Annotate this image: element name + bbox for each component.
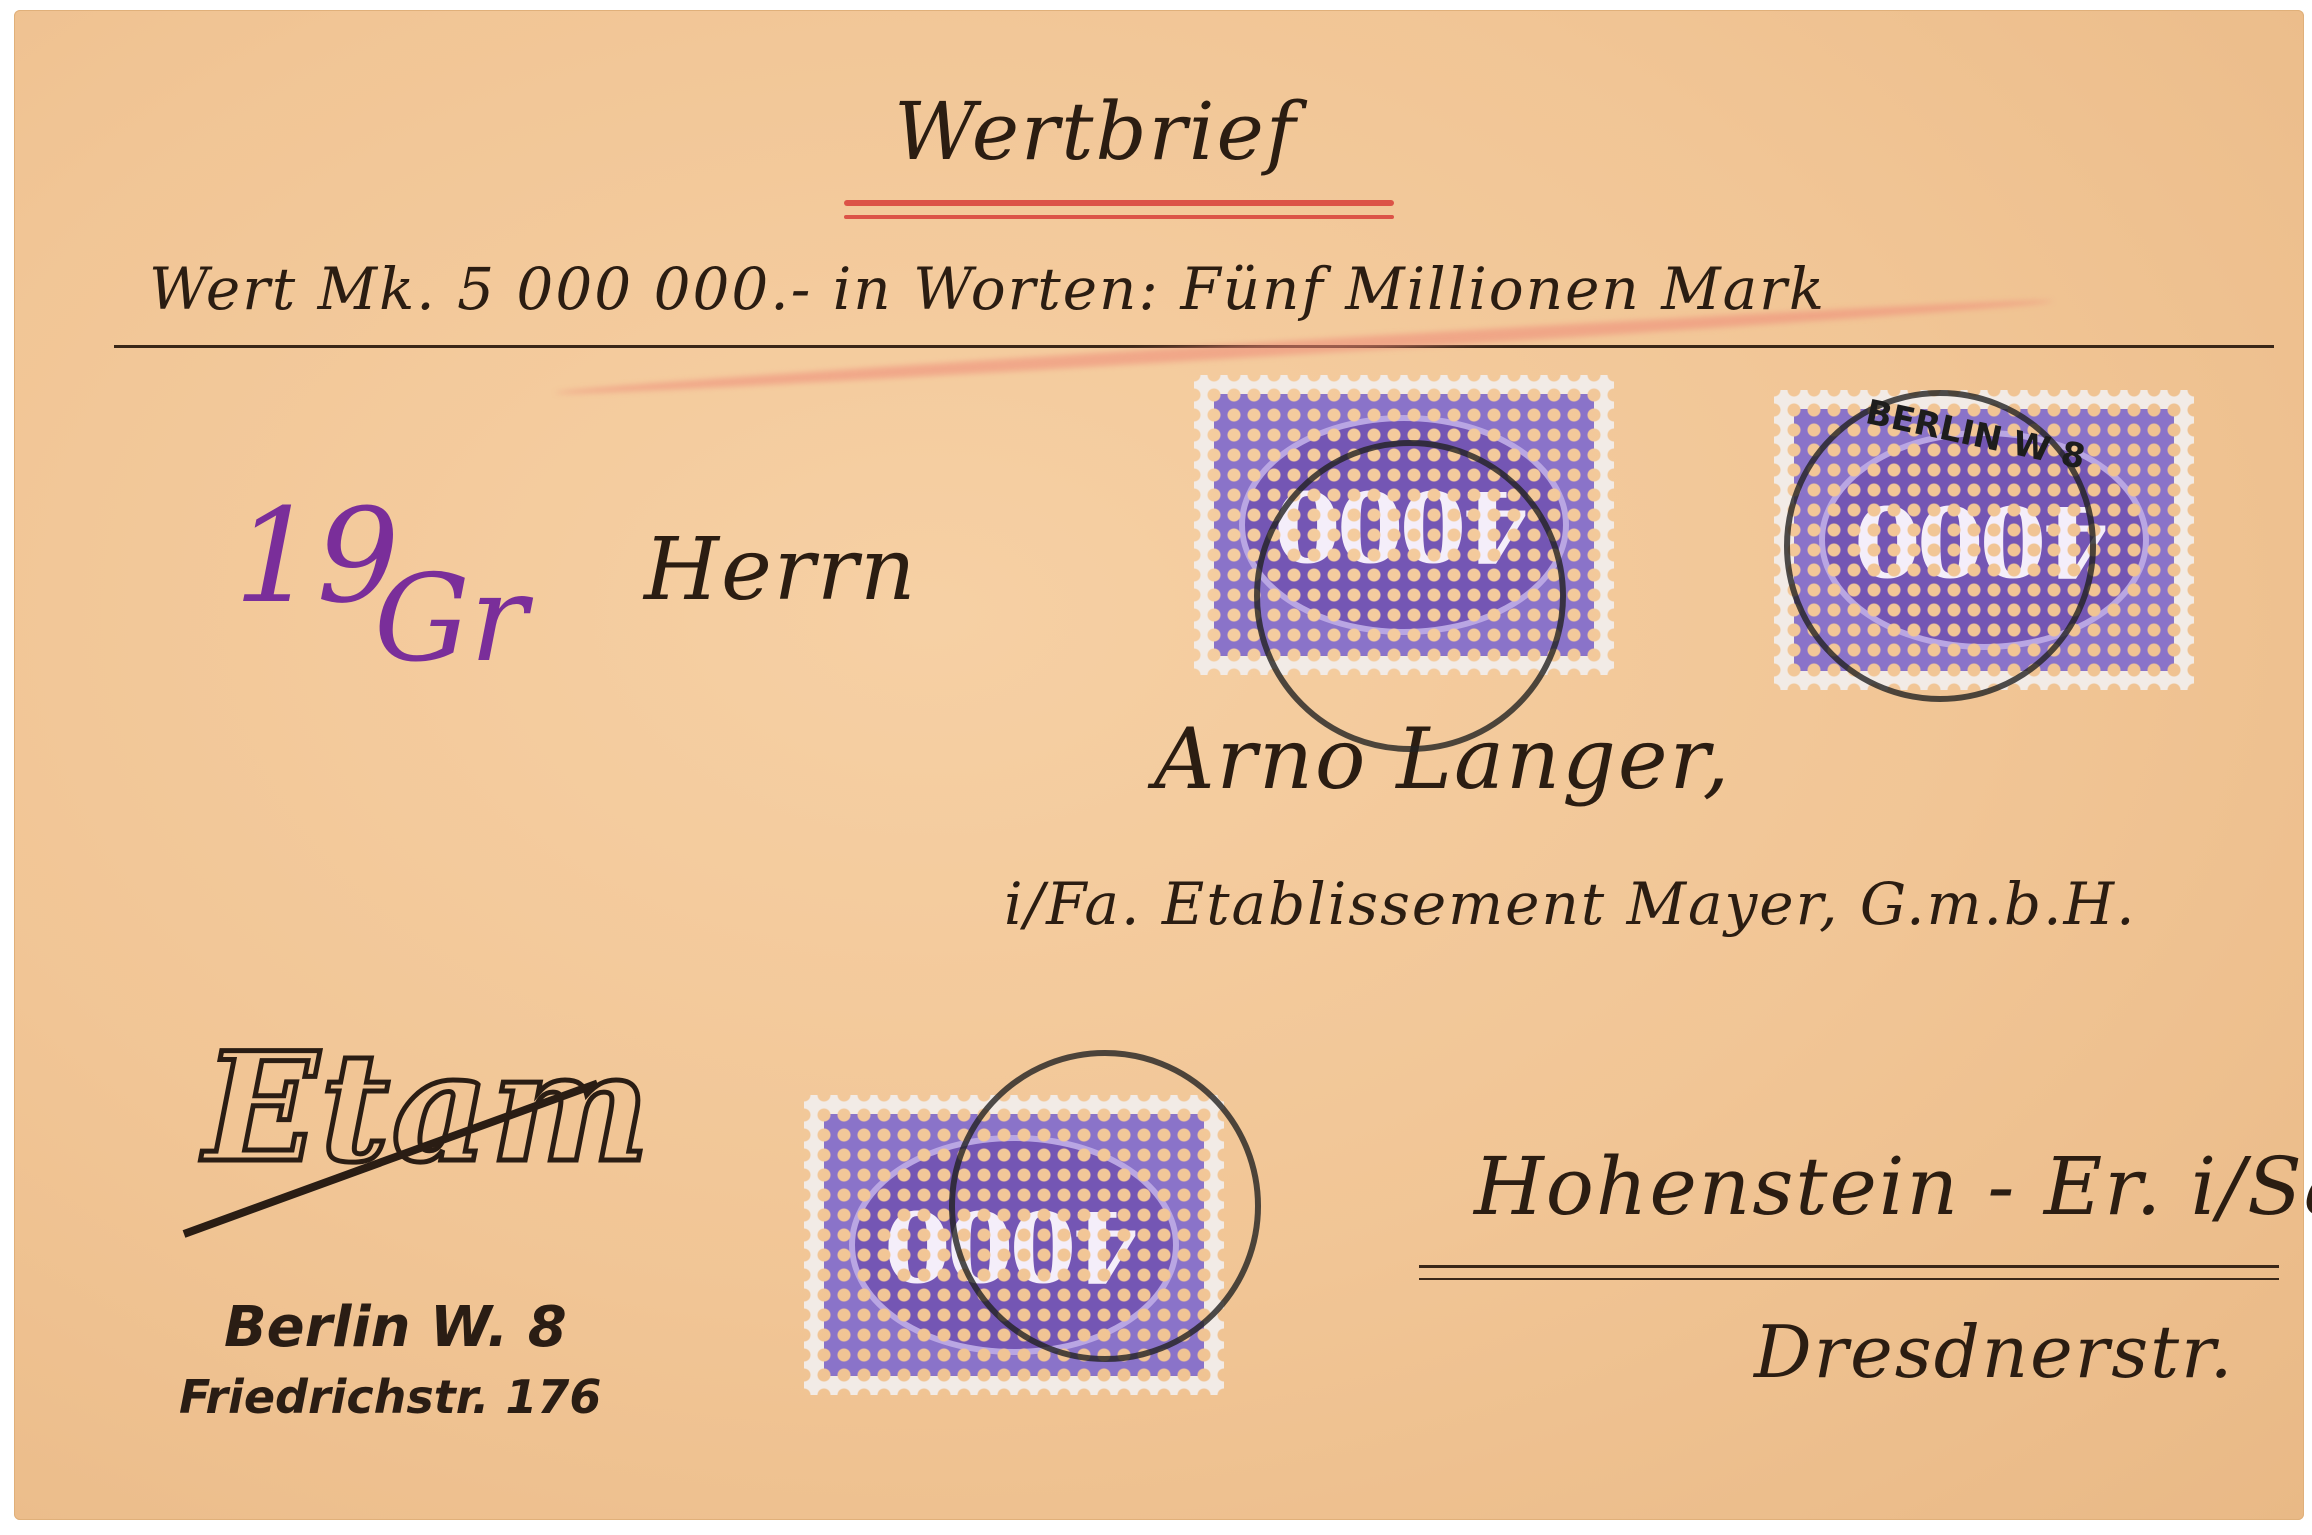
recipient-city: Hohenstein - Er. i/Sa. (1474, 1140, 2312, 1233)
declared-value: Wert Mk. 5 000 000.- in Worten: Fünf Mil… (149, 255, 1826, 323)
wertbrief-label: Wertbrief (894, 85, 1297, 178)
city-underline (1419, 1278, 2279, 1280)
recipient-company: i/Fa. Etablissement Mayer, G.m.b.H. (1004, 870, 2137, 938)
sender-street: Friedrichstr. 176 (179, 1370, 601, 1424)
postmark (1254, 440, 1566, 752)
pencil-mark-initials: Gr (374, 550, 527, 689)
salutation: Herrn (644, 520, 918, 620)
sender-city: Berlin W. 8 (224, 1295, 567, 1360)
red-underline (844, 200, 1394, 206)
city-underline (1419, 1265, 2279, 1268)
recipient-street: Dresdnerstr. (1754, 1310, 2234, 1394)
sender-logo: Etam (204, 1020, 652, 1196)
red-underline (844, 215, 1394, 219)
postmark (949, 1050, 1261, 1362)
envelope: Wertbrief Wert Mk. 5 000 000.- in Worten… (14, 10, 2304, 1520)
